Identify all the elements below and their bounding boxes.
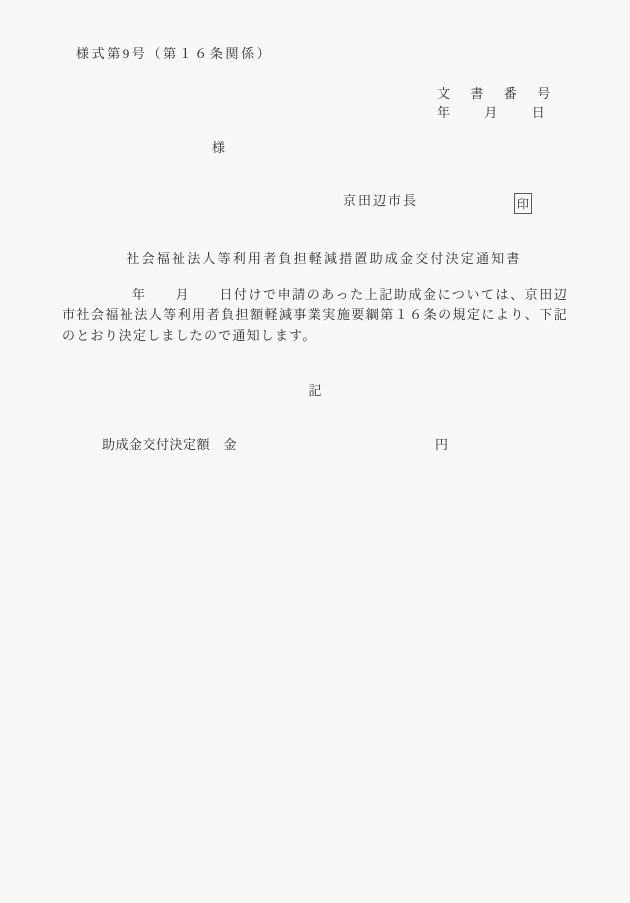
- document-title: 社会福祉法人等利用者負担軽減措置助成金交付決定通知書: [18, 248, 630, 267]
- body-line-2: 市社会福祉法人等利用者負担額軽減事業実施要綱第１６条の規定により、下記: [62, 305, 568, 325]
- sender-name: 京田辺市長: [343, 193, 418, 209]
- body-paragraph: 年 月 日付けで申請のあった上記助成金については、京田辺 市社会福祉法人等利用者…: [62, 285, 568, 346]
- seal-character: 印: [517, 198, 529, 210]
- record-marker: 記: [0, 380, 630, 399]
- body-line-1: 年 月 日付けで申請のあった上記助成金については、京田辺: [62, 285, 568, 305]
- addressee-honorific: 様: [212, 140, 225, 156]
- document-number-label: 文 書 番 号: [437, 86, 554, 102]
- date-line: 年 月 日: [437, 105, 548, 121]
- document-page: 様式第9号（第１６条関係） 文 書 番 号 年 月 日 様 京田辺市長 印 社会…: [0, 0, 630, 903]
- body-line-3: のとおり決定しましたので通知します。: [62, 326, 568, 346]
- amount-unit-yen: 円: [435, 437, 448, 453]
- form-number: 様式第9号（第１６条関係）: [76, 46, 272, 62]
- amount-label: 助成金交付決定額 金: [102, 437, 237, 453]
- seal-stamp-box: 印: [514, 193, 532, 214]
